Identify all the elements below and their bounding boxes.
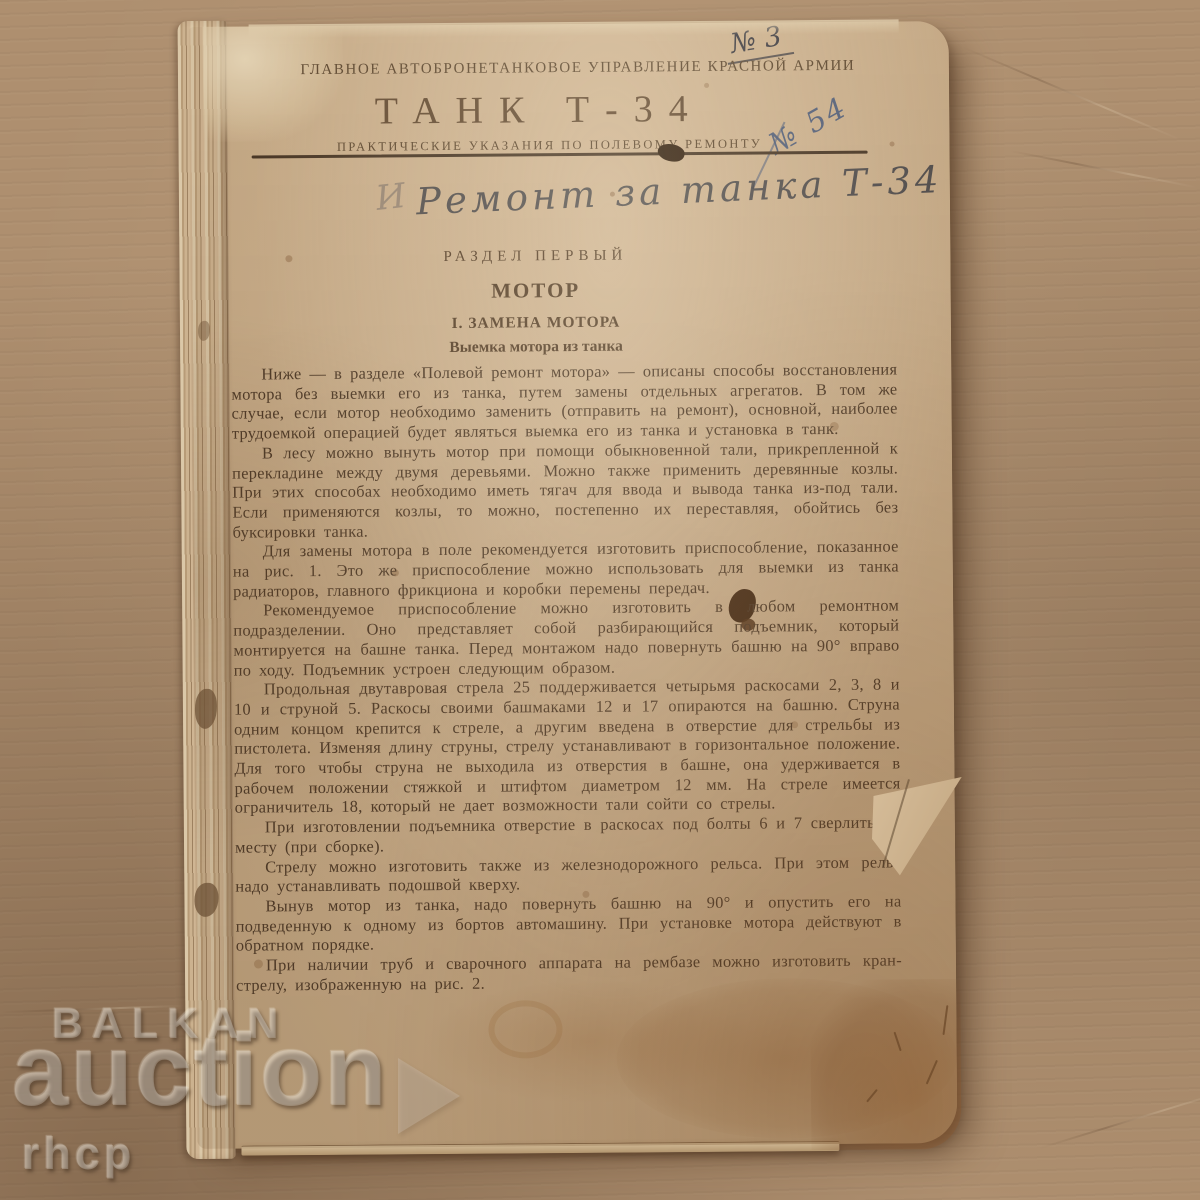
paragraph: Продольная двутавровая стрела 25 поддерж… [234, 675, 901, 818]
photo-scene: ГЛАВНОЕ АВТОБРОНЕТАНКОВОЕ УПРАВЛЕНИЕ КРА… [0, 0, 1200, 1200]
cardboard-crease [0, 1005, 185, 1013]
cardboard-crease [1039, 1089, 1200, 1149]
printed-content: ГЛАВНОЕ АВТОБРОНЕТАНКОВОЕ УПРАВЛЕНИЕ КРА… [189, 21, 958, 1149]
paragraph: Ниже — в разделе «Полевой ремонт мотора»… [231, 359, 898, 443]
paragraph: Стрелу можно изготовить также из железно… [235, 852, 901, 897]
paragraph: При изготовлении подъемника отверстие в … [235, 813, 901, 858]
subchapter-heading: I. ЗАМЕНА МОТОРА [191, 312, 881, 335]
book-page: ГЛАВНОЕ АВТОБРОНЕТАНКОВОЕ УПРАВЛЕНИЕ КРА… [189, 21, 958, 1149]
sub-subheading: Выемка мотора из танка [191, 336, 881, 359]
cardboard-crease [962, 46, 1182, 141]
paragraph: Рекомендуемое приспособление можно изгот… [233, 596, 900, 680]
paragraph: Вынув мотор из танка, надо повернуть баш… [235, 891, 901, 955]
chapter-heading: МОТОР [191, 276, 881, 306]
section-heading: РАЗДЕЛ ПЕРВЫЙ [190, 246, 880, 268]
watermark-play-icon [398, 1058, 460, 1134]
body-text: Ниже — в разделе «Полевой ремонт мотора»… [231, 359, 902, 995]
paragraph: В лесу можно вынуть мотор при помощи обы… [232, 438, 899, 542]
watermark-rhcp: rhcp [22, 1128, 136, 1180]
paragraph: При наличии труб и сварочного аппарата н… [236, 951, 902, 996]
cardboard-crease [1010, 150, 1197, 188]
page-title: ТАНК Т-34 [189, 86, 889, 135]
page-header: ГЛАВНОЕ АВТОБРОНЕТАНКОВОЕ УПРАВЛЕНИЕ КРА… [243, 57, 913, 79]
paragraph: Для замены мотора в поле рекомендуется и… [233, 537, 899, 601]
